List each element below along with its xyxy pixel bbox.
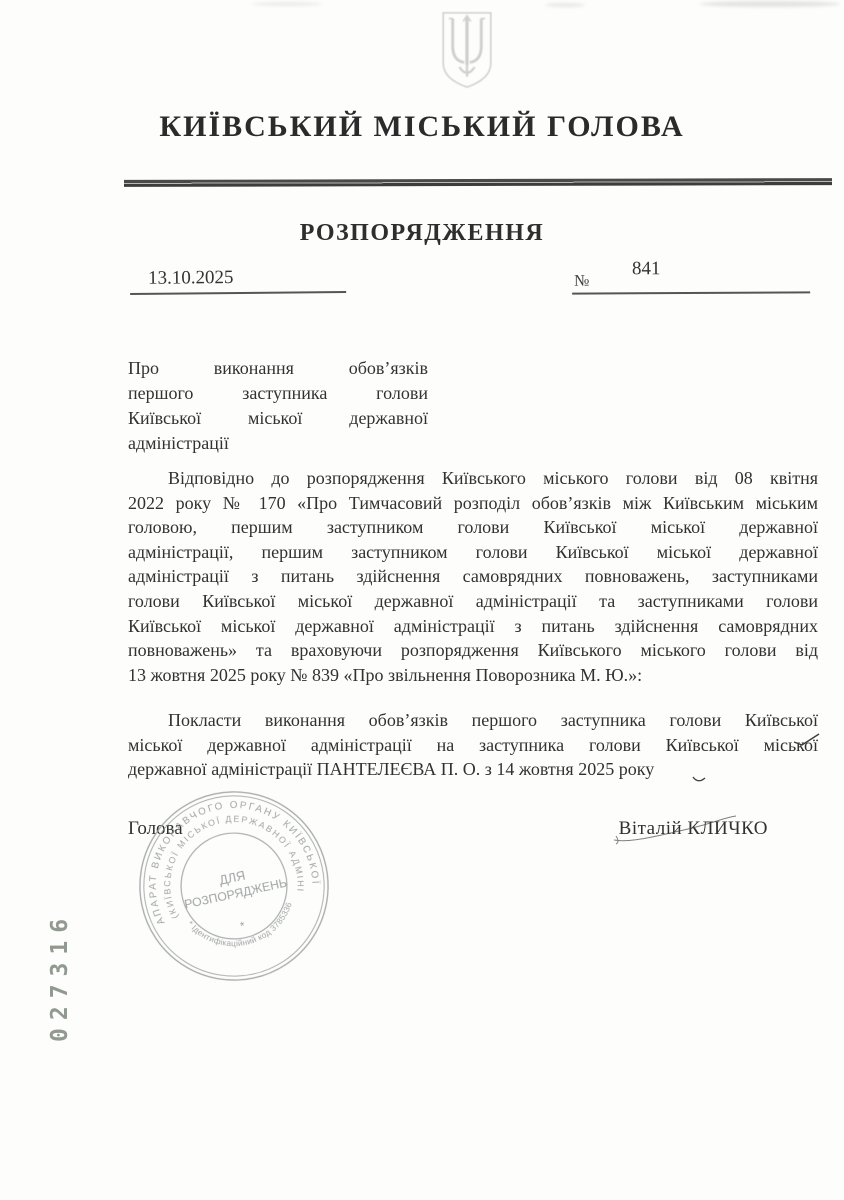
scanned-document-page: КИЇВСЬКИЙ МІСЬКИЙ ГОЛОВА РОЗПОРЯДЖЕННЯ 1… (0, 0, 844, 1200)
signature-pen-stroke (610, 812, 740, 846)
pen-tick-mark (793, 732, 821, 748)
text-line: адміністрації з питань здійснення самовр… (128, 564, 818, 589)
text-line: 2022 року № 170 «Про Тимчасовий розподіл… (128, 491, 818, 516)
document-type-heading: РОЗПОРЯДЖЕННЯ (0, 220, 844, 247)
body-paragraph-1: Відповідно до розпорядження Київського м… (128, 466, 818, 687)
text-line: міської державної адміністрації на засту… (128, 733, 818, 758)
text-line: головою, першим заступником голови Київс… (128, 515, 818, 540)
text-line: повноважень» та враховуючи розпорядження… (128, 638, 818, 663)
stamp-star: * (239, 920, 247, 934)
number-sign: № (574, 273, 589, 291)
text-line: Відповідно до розпорядження Київського м… (128, 466, 818, 491)
scan-smudge (545, 3, 585, 7)
text-line: голови Київської міської державної адмін… (128, 589, 818, 614)
scan-smudge (252, 2, 322, 6)
number-field: № 841 (572, 245, 810, 294)
text-line: адміністрації, першим заступником голови… (128, 540, 818, 565)
document-number: 841 (632, 258, 661, 280)
scan-smudge (700, 1, 840, 7)
text-line: Покласти виконання обов’язків першого за… (128, 708, 818, 733)
official-round-stamp: АПАРАТ ВИКОНАВЧОГО ОРГАНУ КИЇВСЬКОЇ МІСЬ… (118, 770, 350, 1002)
text-line: Київської міської державної адміністраці… (128, 614, 818, 639)
text-line: Київської міської державної (128, 406, 428, 431)
tryzub-emblem-icon (436, 10, 498, 90)
text-line: державної адміністрації ПАНТЕЛЕЄВА П. О.… (128, 757, 818, 782)
subject-block: Про виконання обов’язківпершого заступни… (128, 356, 428, 456)
page-title: КИЇВСЬКИЙ МІСЬКИЙ ГОЛОВА (0, 110, 844, 144)
text-line: 13 жовтня 2025 року № 839 «Про звільненн… (128, 663, 818, 688)
registration-number-stamp: 027316 (47, 911, 73, 1042)
date-field: 13.10.2025 (130, 257, 346, 295)
text-line: першого заступника голови (128, 381, 428, 406)
pen-mark (692, 775, 706, 785)
header-divider (124, 178, 832, 187)
text-line: Про виконання обов’язків (128, 356, 428, 381)
text-line: адміністрації (128, 431, 428, 456)
body-paragraph-2: Покласти виконання обов’язків першого за… (128, 708, 818, 782)
document-date: 13.10.2025 (148, 267, 234, 290)
